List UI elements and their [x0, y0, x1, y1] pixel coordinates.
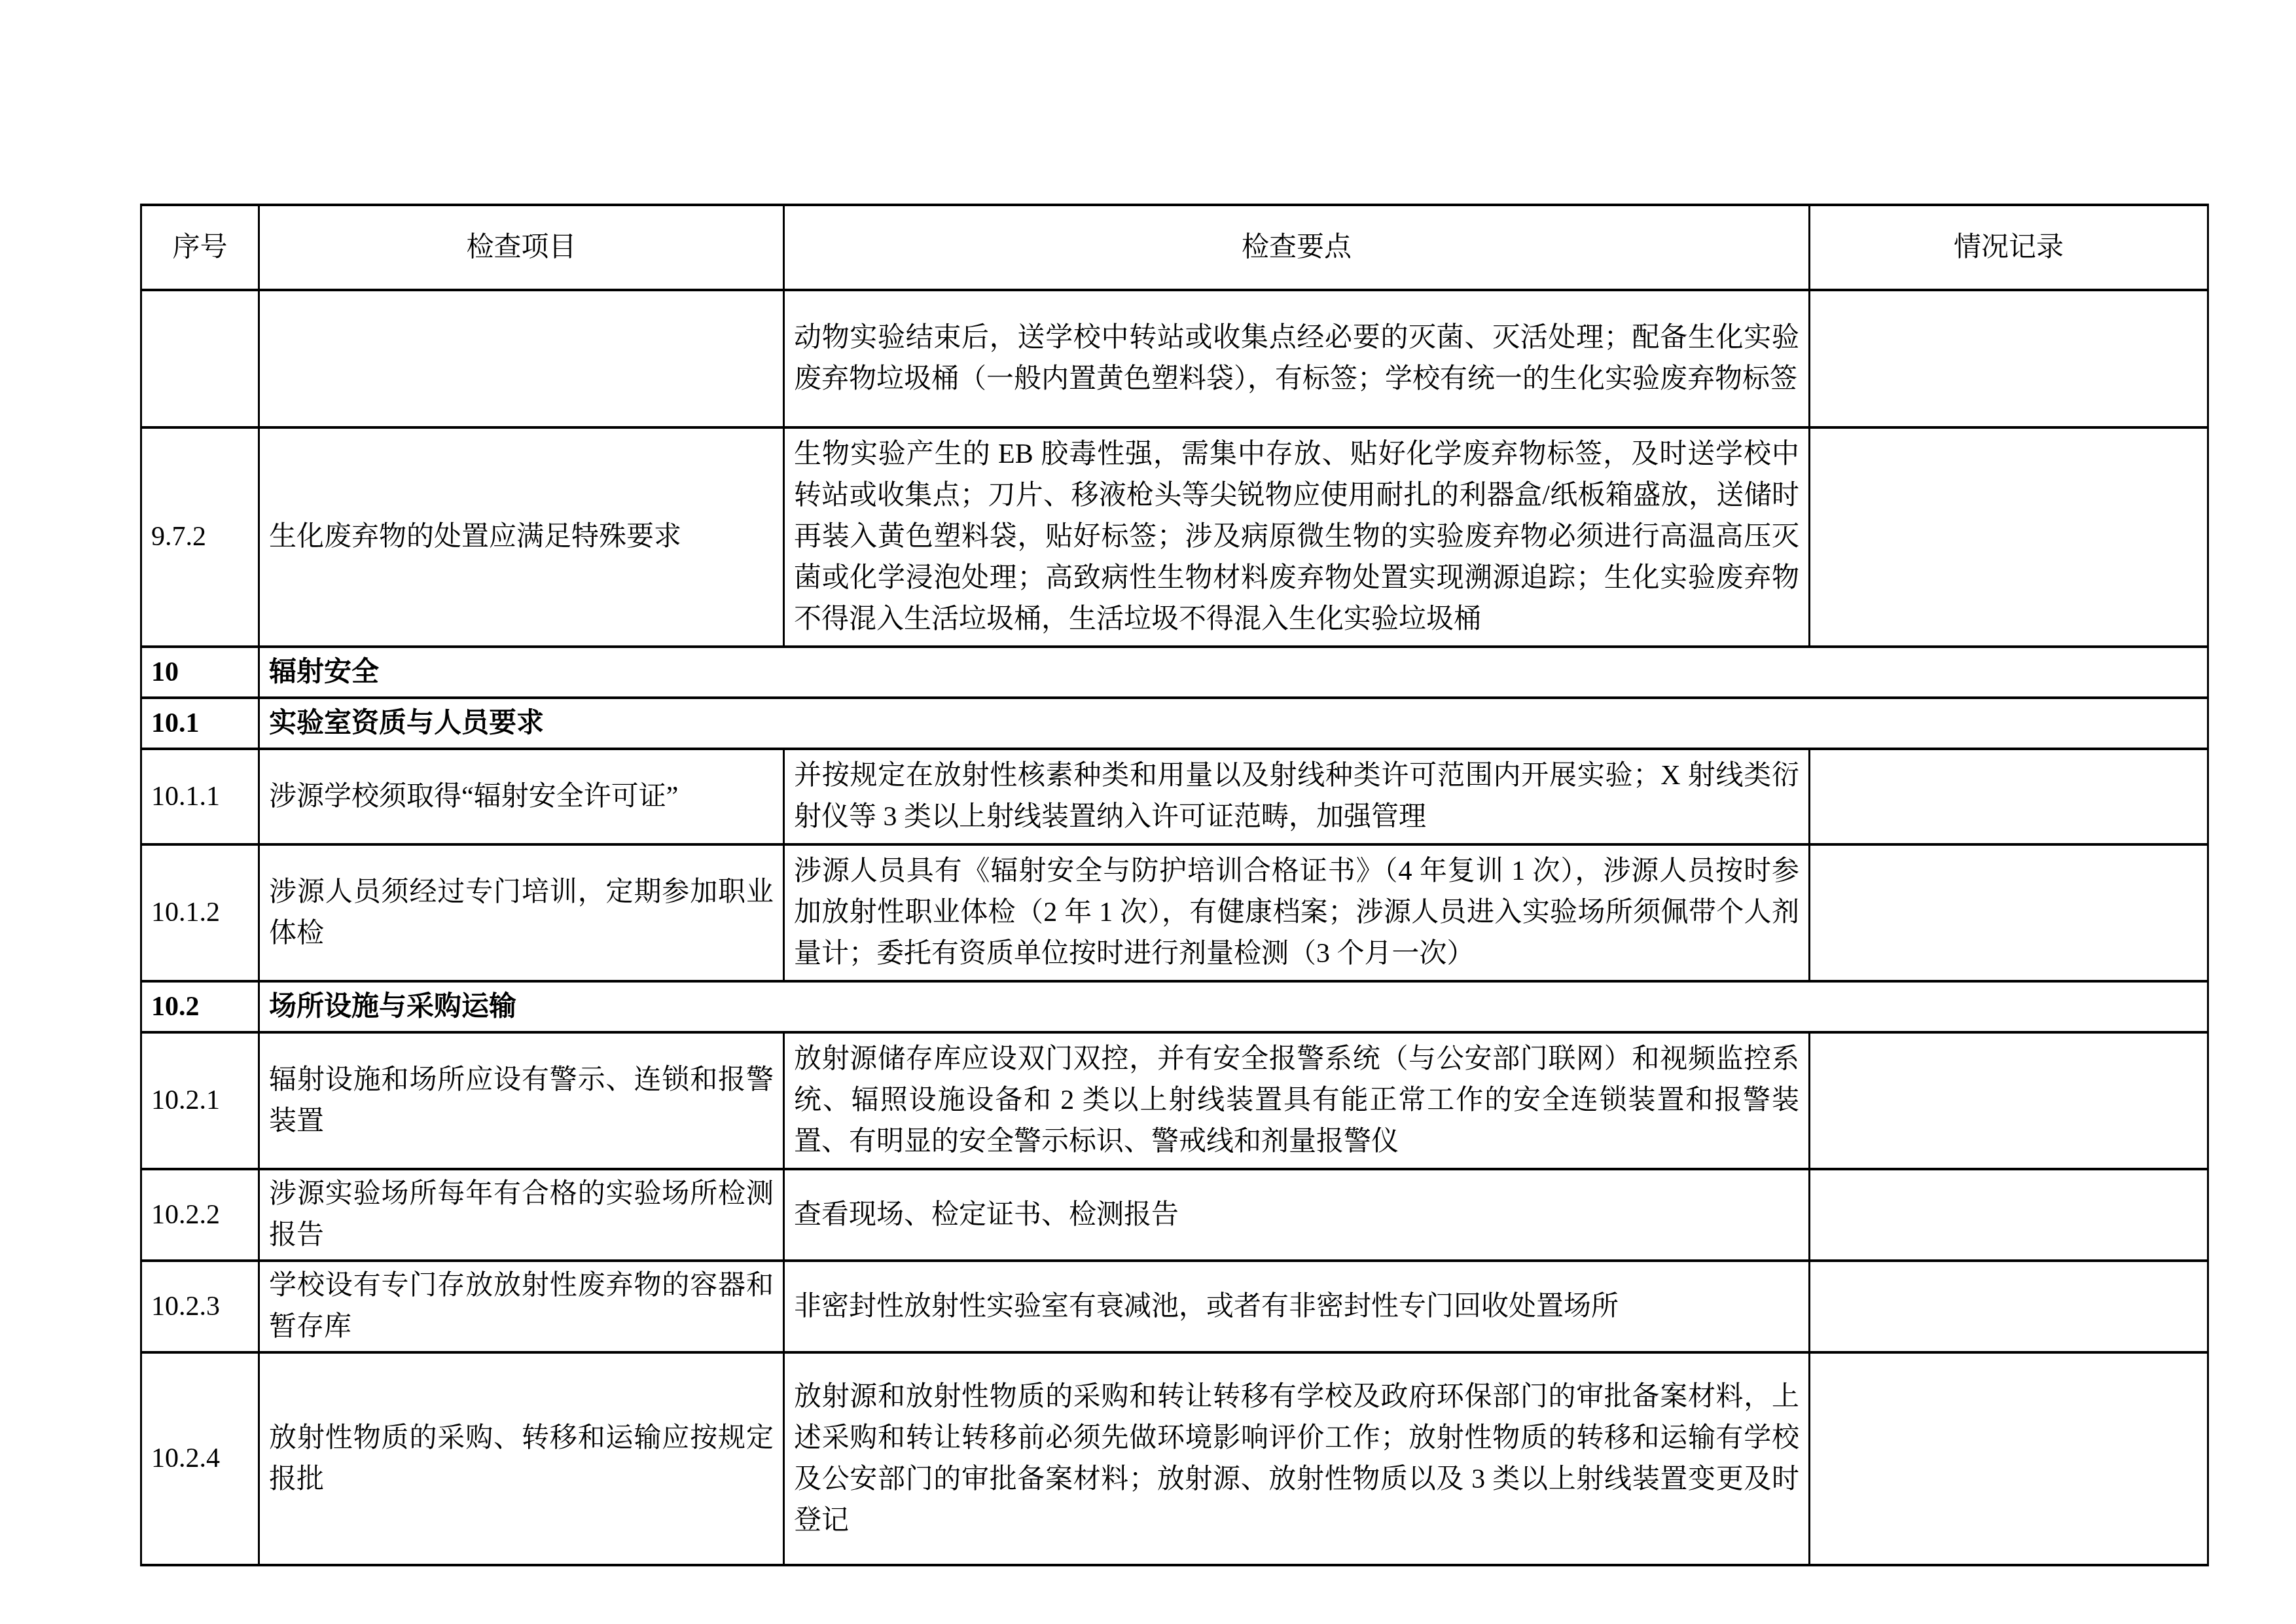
record-cell [1810, 290, 2208, 427]
section-title-cell: 辐射安全 [259, 647, 2208, 698]
section-title-cell: 场所设施与采购运输 [259, 981, 2208, 1032]
table-row: 10.1.1 涉源学校须取得“辐射安全许可证” 并按规定在放射性核素种类和用量以… [141, 749, 2208, 844]
item-cell: 生化废弃物的处置应满足特殊要求 [259, 427, 784, 647]
item-cell: 辐射设施和场所应设有警示、连锁和报警装置 [259, 1032, 784, 1169]
header-item: 检查项目 [259, 205, 784, 290]
section-row: 10.2 场所设施与采购运输 [141, 981, 2208, 1032]
header-record: 情况记录 [1810, 205, 2208, 290]
seq-cell: 10.2.3 [141, 1261, 259, 1352]
item-cell: 放射性物质的采购、转移和运输应按规定报批 [259, 1352, 784, 1565]
table-row: 10.2.2 涉源实验场所每年有合格的实验场所检测报告 查看现场、检定证书、检测… [141, 1169, 2208, 1261]
header-points: 检查要点 [784, 205, 1810, 290]
section-title-cell: 实验室资质与人员要求 [259, 698, 2208, 749]
seq-cell: 10.1.2 [141, 844, 259, 981]
seq-cell: 10.1.1 [141, 749, 259, 844]
seq-cell [141, 290, 259, 427]
section-row: 10 辐射安全 [141, 647, 2208, 698]
points-cell: 放射源储存库应设双门双控，并有安全报警系统（与公安部门联网）和视频监控系统、辐照… [784, 1032, 1810, 1169]
table-row: 动物实验结束后，送学校中转站或收集点经必要的灭菌、灭活处理；配备生化实验废弃物垃… [141, 290, 2208, 427]
points-cell: 涉源人员具有《辐射安全与防护培训合格证书》（4 年复训 1 次），涉源人员按时参… [784, 844, 1810, 981]
seq-cell: 10.2 [141, 981, 259, 1032]
section-row: 10.1 实验室资质与人员要求 [141, 698, 2208, 749]
header-seq: 序号 [141, 205, 259, 290]
inspection-checklist-table: 序号 检查项目 检查要点 情况记录 动物实验结束后，送学校中转站或收集点经必要的… [140, 204, 2209, 1566]
record-cell [1810, 749, 2208, 844]
record-cell [1810, 844, 2208, 981]
item-cell: 学校设有专门存放放射性废弃物的容器和暂存库 [259, 1261, 784, 1352]
record-cell [1810, 1352, 2208, 1565]
points-cell: 动物实验结束后，送学校中转站或收集点经必要的灭菌、灭活处理；配备生化实验废弃物垃… [784, 290, 1810, 427]
seq-cell: 10.2.1 [141, 1032, 259, 1169]
item-cell [259, 290, 784, 427]
seq-cell: 10.2.4 [141, 1352, 259, 1565]
points-cell: 查看现场、检定证书、检测报告 [784, 1169, 1810, 1261]
points-cell: 并按规定在放射性核素种类和用量以及射线种类许可范围内开展实验；X 射线类衍射仪等… [784, 749, 1810, 844]
table-row: 10.2.4 放射性物质的采购、转移和运输应按规定报批 放射源和放射性物质的采购… [141, 1352, 2208, 1565]
record-cell [1810, 1032, 2208, 1169]
record-cell [1810, 1169, 2208, 1261]
record-cell [1810, 427, 2208, 647]
points-cell: 生物实验产生的 EB 胶毒性强，需集中存放、贴好化学废弃物标签，及时送学校中转站… [784, 427, 1810, 647]
record-cell [1810, 1261, 2208, 1352]
item-cell: 涉源学校须取得“辐射安全许可证” [259, 749, 784, 844]
table-header-row: 序号 检查项目 检查要点 情况记录 [141, 205, 2208, 290]
item-cell: 涉源实验场所每年有合格的实验场所检测报告 [259, 1169, 784, 1261]
table-row: 9.7.2 生化废弃物的处置应满足特殊要求 生物实验产生的 EB 胶毒性强，需集… [141, 427, 2208, 647]
seq-cell: 9.7.2 [141, 427, 259, 647]
table-row: 10.2.1 辐射设施和场所应设有警示、连锁和报警装置 放射源储存库应设双门双控… [141, 1032, 2208, 1169]
points-cell: 非密封性放射性实验室有衰减池，或者有非密封性专门回收处置场所 [784, 1261, 1810, 1352]
seq-cell: 10 [141, 647, 259, 698]
points-cell: 放射源和放射性物质的采购和转让转移有学校及政府环保部门的审批备案材料，上述采购和… [784, 1352, 1810, 1565]
document-page: 序号 检查项目 检查要点 情况记录 动物实验结束后，送学校中转站或收集点经必要的… [0, 0, 2296, 1624]
item-cell: 涉源人员须经过专门培训，定期参加职业体检 [259, 844, 784, 981]
table-row: 10.1.2 涉源人员须经过专门培训，定期参加职业体检 涉源人员具有《辐射安全与… [141, 844, 2208, 981]
seq-cell: 10.2.2 [141, 1169, 259, 1261]
seq-cell: 10.1 [141, 698, 259, 749]
table-row: 10.2.3 学校设有专门存放放射性废弃物的容器和暂存库 非密封性放射性实验室有… [141, 1261, 2208, 1352]
